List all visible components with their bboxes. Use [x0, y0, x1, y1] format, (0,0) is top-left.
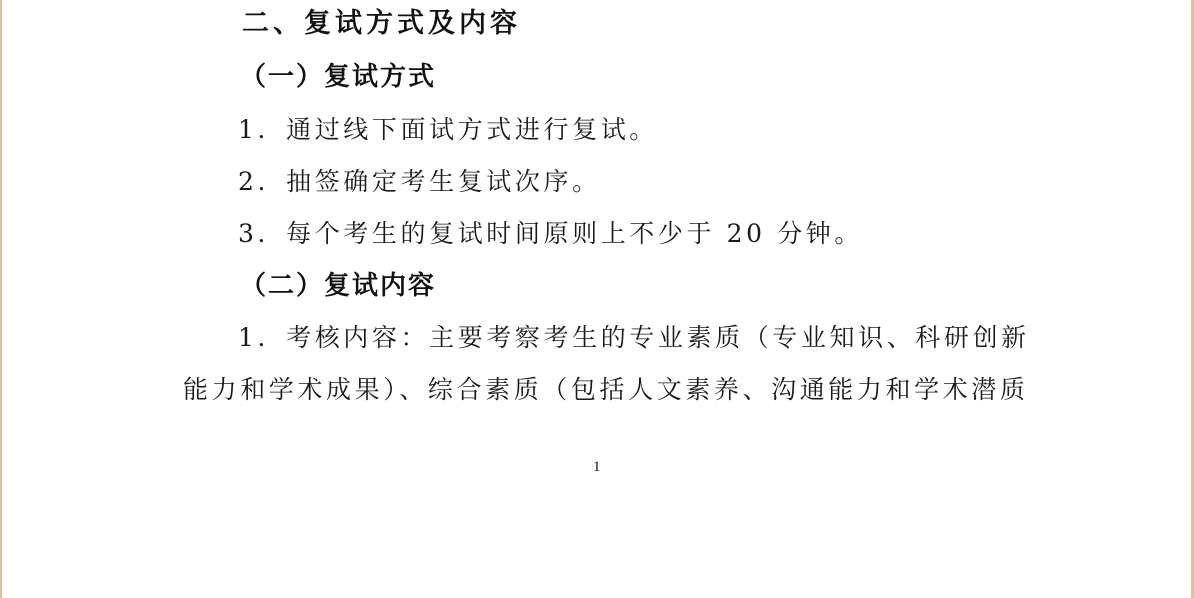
paragraph-line: 1．考核内容：主要考察考生的专业素质（专业知识、科研创新 — [238, 322, 1030, 354]
list-item: 1．通过线下面试方式进行复试。 — [238, 114, 658, 146]
page-number: 1 — [593, 459, 601, 476]
list-item: 3．每个考生的复试时间原则上不少于 20 分钟。 — [238, 218, 863, 250]
subsection-heading-method: （一）复试方式 — [240, 61, 436, 93]
document-page: 二、复试方式及内容 （一）复试方式 1．通过线下面试方式进行复试。 2．抽签确定… — [2, 0, 1191, 598]
list-item: 2．抽签确定考生复试次序。 — [238, 166, 601, 198]
section-heading: 二、复试方式及内容 — [242, 8, 521, 40]
subsection-heading-content: （二）复试内容 — [240, 270, 436, 302]
paragraph-line: 能力和学术成果）、综合素质（包括人文素养、沟通能力和学术潜质 — [183, 374, 1029, 406]
